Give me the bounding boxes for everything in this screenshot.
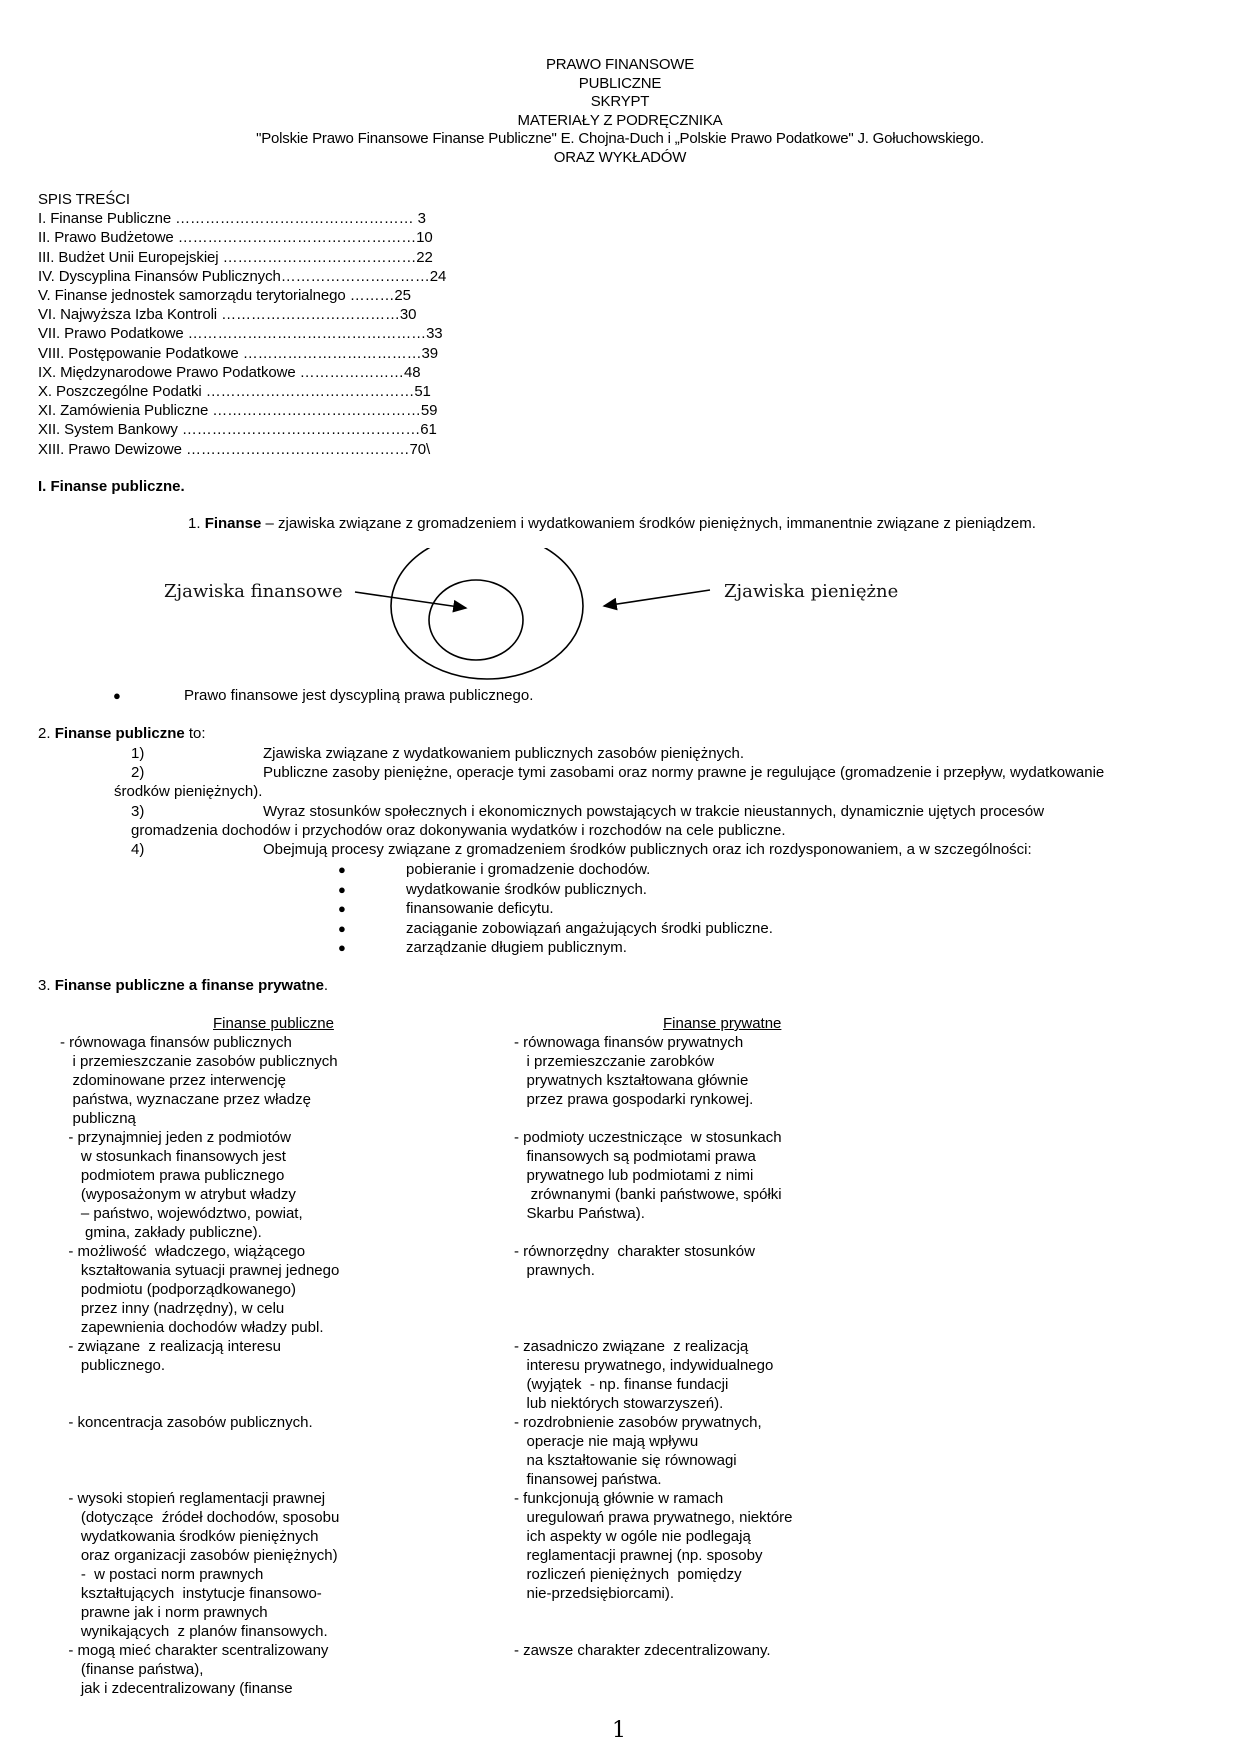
bullet-icon: ● [113, 688, 121, 703]
toc-entry-label: XI. Zamówienia Publiczne [38, 402, 212, 419]
private-finance-line: operacje nie mają wpływu [514, 1432, 793, 1451]
private-finance-line: Skarbu Państwa). [514, 1204, 793, 1223]
public-finance-line: wydatkowania środków pieniężnych [60, 1527, 339, 1546]
toc-entry[interactable]: II. Prawo Budżetowe …………………………………………10 [38, 228, 446, 247]
title-line: PUBLICZNE [0, 75, 1240, 94]
private-finance-line: zrównanymi (banki państwowe, spółki [514, 1185, 793, 1204]
toc-entry-label: X. Poszczególne Podatki [38, 383, 206, 400]
list-item-number: 2) [131, 763, 263, 782]
public-finance-line: gmina, zakłady publiczne). [60, 1223, 339, 1242]
toc-entry-page: 70\ [409, 441, 430, 458]
numbered-list-item: 1)Zjawiska związane z wydatkowaniem publ… [131, 744, 1211, 763]
toc-entry-label: IV. Dyscyplina Finansów Publicznych [38, 268, 281, 285]
bullet-icon: ● [338, 899, 346, 919]
definition-number: 1. [188, 515, 205, 532]
list-item-text: Wyraz stosunków społecznych i ekonomiczn… [263, 803, 1044, 820]
sub-bullet-list: ●pobieranie i gromadzenie dochodów.●wyda… [338, 860, 773, 958]
sub-bullet-text: zarządzanie długiem publicznym. [406, 939, 627, 956]
private-finance-line: rozliczeń pieniężnych pomiędzy [514, 1565, 793, 1584]
toc-entry-leader: ………………………………… [223, 249, 417, 266]
private-finance-line: lub niektórych stowarzyszeń). [514, 1394, 793, 1413]
public-finance-line: - możliwość władczego, wiążącego [60, 1242, 339, 1261]
private-finance-line [514, 1318, 793, 1337]
private-finance-line: - podmioty uczestniczące w stosunkach [514, 1128, 793, 1147]
toc-entry-leader: ………………………………………… [175, 210, 417, 227]
list-item-number: 1) [131, 744, 263, 763]
title-line: SKRYPT [0, 93, 1240, 112]
public-finance-line: przez inny (nadrzędny), w celu [60, 1299, 339, 1318]
numbered-list-item: 4)Obejmują procesy związane z gromadzeni… [131, 840, 1211, 859]
private-finance-line: i przemieszczanie zarobków [514, 1052, 793, 1071]
private-finance-line [514, 1299, 793, 1318]
numbered-list-item: 3)Wyraz stosunków społecznych i ekonomic… [131, 802, 1211, 821]
title-line: ORAZ WYKŁADÓW [0, 149, 1240, 168]
sub-bullet-text: pobieranie i gromadzenie dochodów. [406, 861, 650, 878]
public-finance-line [60, 1470, 339, 1489]
toc-entry-leader: …………………………………… [206, 383, 415, 400]
toc-entry-label: XII. System Bankowy [38, 421, 182, 438]
private-finance-line: interesu prywatnego, indywidualnego [514, 1356, 793, 1375]
toc-entry-leader: ……………………………………… [186, 441, 410, 458]
sub-bullet-text: wydatkowanie środków publicznych. [406, 881, 647, 898]
section2-term: Finanse publiczne [55, 725, 185, 742]
public-finance-line: publiczną [60, 1109, 339, 1128]
numbered-list: 1)Zjawiska związane z wydatkowaniem publ… [131, 744, 1211, 859]
toc-entry-page: 3 [418, 210, 426, 227]
list-item-number: 4) [131, 840, 263, 859]
private-finance-line: - zawsze charakter zdecentralizowany. [514, 1641, 793, 1660]
toc-entry[interactable]: V. Finanse jednostek samorządu terytoria… [38, 286, 446, 305]
public-finance-line: kształtowania sytuacji prawnej jednego [60, 1261, 339, 1280]
private-finance-line: finansowej państwa. [514, 1470, 793, 1489]
toc-entry[interactable]: XIII. Prawo Dewizowe ………………………………………70\ [38, 440, 446, 459]
private-finance-line: - zasadniczo związane z realizacją [514, 1337, 793, 1356]
public-finance-line [60, 1451, 339, 1470]
private-finance-title: Finanse prywatne [514, 1014, 793, 1033]
toc-entry-leader: ………………………………………… [188, 325, 426, 342]
private-finance-line: przez prawa gospodarki rynkowej. [514, 1090, 793, 1109]
private-finance-line: finansowych są podmiotami prawa [514, 1147, 793, 1166]
section3-number: 3. [38, 977, 55, 994]
public-finance-line: publicznego. [60, 1356, 339, 1375]
toc-entry-page: 59 [421, 402, 438, 419]
public-finance-line: - przynajmniej jeden z podmiotów [60, 1128, 339, 1147]
public-finance-line: (finanse państwa), [60, 1660, 339, 1679]
definition-finanse: 1. Finanse – zjawiska związane z gromadz… [188, 514, 1036, 533]
section2-suffix: to: [185, 725, 206, 742]
sub-bullet-item: ●zarządzanie długiem publicznym. [338, 938, 773, 958]
title-line: "Polskie Prawo Finansowe Finanse Publicz… [0, 130, 1240, 149]
private-finance-line: - równorzędny charakter stosunków [514, 1242, 793, 1261]
private-finance-line [514, 1603, 793, 1622]
bullet-icon: ● [338, 860, 346, 880]
private-finance-line: uregulowań prawa prywatnego, niektóre [514, 1508, 793, 1527]
toc-entry[interactable]: XII. System Bankowy …………………………………………61 [38, 420, 446, 439]
toc-entry-leader: ………………………… [281, 268, 430, 285]
toc-entry-label: II. Prawo Budżetowe [38, 229, 178, 246]
list-item-text: Obejmują procesy związane z gromadzeniem… [263, 841, 1032, 858]
toc-entry-leader: ………………… [300, 364, 404, 381]
toc-entry[interactable]: VII. Prawo Podatkowe …………………………………………33 [38, 324, 446, 343]
toc-entry-leader: ……… [350, 287, 395, 304]
toc-entry[interactable]: VI. Najwyższa Izba Kontroli ………………………………… [38, 305, 446, 324]
inner-ellipse [429, 580, 523, 660]
public-finance-title: Finanse publiczne [60, 1014, 339, 1033]
toc-entry-label: VII. Prawo Podatkowe [38, 325, 188, 342]
public-finance-line: w stosunkach finansowych jest [60, 1147, 339, 1166]
private-finance-line: - równowaga finansów prywatnych [514, 1033, 793, 1052]
sub-bullet-text: finansowanie deficytu. [406, 900, 554, 917]
public-finance-line [60, 1432, 339, 1451]
public-finance-line: podmiotu (podporządkowanego) [60, 1280, 339, 1299]
page-number: 1 [612, 1718, 626, 1743]
toc-entry[interactable]: XI. Zamówienia Publiczne ……………………………………5… [38, 401, 446, 420]
public-finance-line: - związane z realizacją interesu [60, 1337, 339, 1356]
public-finance-line: - wysoki stopień reglamentacji prawnej [60, 1489, 339, 1508]
list-item-number: 3) [131, 802, 263, 821]
public-finance-line: (wyposażonym w atrybut władzy [60, 1185, 339, 1204]
title-line: MATERIAŁY Z PODRĘCZNIKA [0, 112, 1240, 131]
toc-entry-label: III. Budżet Unii Europejskiej [38, 249, 223, 266]
section3-term: Finanse publiczne a finanse prywatne [55, 977, 324, 994]
section3-heading: 3. Finanse publiczne a finanse prywatne. [38, 976, 328, 995]
private-finance-line: (wyjątek - np. finanse fundacji [514, 1375, 793, 1394]
list-item-continuation: gromadzenia dochodów i przychodów oraz d… [131, 821, 1211, 840]
private-finance-line: reglamentacji prawnej (np. sposoby [514, 1546, 793, 1565]
bullet-text: Prawo finansowe jest dyscypliną prawa pu… [184, 686, 533, 705]
document-page: PRAWO FINANSOWE PUBLICZNE SKRYPT MATERIA… [0, 0, 1240, 1754]
document-title-block: PRAWO FINANSOWE PUBLICZNE SKRYPT MATERIA… [0, 56, 1240, 167]
bullet-icon: ● [338, 938, 346, 958]
table-of-contents: SPIS TREŚCI I. Finanse Publiczne …………………… [38, 190, 446, 459]
private-finance-line [514, 1280, 793, 1299]
public-finance-line: - równowaga finansów publicznych [60, 1033, 339, 1052]
definition-term: Finanse [205, 515, 262, 532]
public-finance-line: podmiotem prawa publicznego [60, 1166, 339, 1185]
private-finance-line [514, 1109, 793, 1128]
toc-entry-page: 30 [400, 306, 417, 323]
public-finance-line: oraz organizacji zasobów pieniężnych) [60, 1546, 339, 1565]
toc-entry-leader: ……………………………… [243, 345, 422, 362]
sub-bullet-text: zaciąganie zobowiązań angażujących środk… [406, 920, 773, 937]
numbered-list-item: 2)Publiczne zasoby pieniężne, operacje t… [131, 763, 1211, 782]
arrow-right [604, 590, 710, 606]
bullet-icon: ● [338, 919, 346, 939]
venn-diagram: Zjawiska finansowe Zjawiska pieniężne [0, 548, 1240, 688]
toc-entry-page: 61 [420, 421, 437, 438]
private-finance-line [514, 1223, 793, 1242]
private-finance-line: ich aspekty w ogóle nie podlegają [514, 1527, 793, 1546]
toc-entry[interactable]: X. Poszczególne Podatki ……………………………………51 [38, 382, 446, 401]
sub-bullet-item: ●zaciąganie zobowiązań angażujących środ… [338, 919, 773, 939]
section2-number: 2. [38, 725, 55, 742]
section3-suffix: . [324, 977, 328, 994]
toc-entry-label: VI. Najwyższa Izba Kontroli [38, 306, 221, 323]
bullet-icon: ● [338, 880, 346, 900]
private-finance-line: prywatnego lub podmiotami z nimi [514, 1166, 793, 1185]
public-finance-line [60, 1394, 339, 1413]
toc-entry-page: 22 [416, 249, 433, 266]
public-finance-line: (dotyczące źródeł dochodów, sposobu [60, 1508, 339, 1527]
toc-entry-page: 48 [404, 364, 421, 381]
public-finance-line: wynikających z planów finansowych. [60, 1622, 339, 1641]
public-finance-line: kształtujących instytucje finansowo- [60, 1584, 339, 1603]
public-finance-line: – państwo, województwo, powiat, [60, 1204, 339, 1223]
sub-bullet-item: ●finansowanie deficytu. [338, 899, 773, 919]
toc-entry-label: IX. Międzynarodowe Prawo Podatkowe [38, 364, 300, 381]
arrow-left [355, 592, 466, 608]
section-heading: I. Finanse publiczne. [38, 478, 185, 495]
toc-entry-page: 25 [394, 287, 411, 304]
public-finance-line [60, 1375, 339, 1394]
private-finance-line: - funkcjonują głównie w ramach [514, 1489, 793, 1508]
public-finance-line: - w postaci norm prawnych [60, 1565, 339, 1584]
public-finance-line: i przemieszczanie zasobów publicznych [60, 1052, 339, 1071]
toc-entry-leader: …………………………………… [212, 402, 421, 419]
list-item-continuation: środków pieniężnych). [114, 782, 1211, 801]
toc-entry[interactable]: III. Budżet Unii Europejskiej …………………………… [38, 248, 446, 267]
public-finance-line: prawne jak i norm prawnych [60, 1603, 339, 1622]
toc-entry[interactable]: I. Finanse Publiczne ………………………………………… 3 [38, 209, 446, 228]
diagram-shapes [0, 548, 1240, 688]
private-finance-line: prywatnych kształtowana głównie [514, 1071, 793, 1090]
private-finance-line: - rozdrobnienie zasobów prywatnych, [514, 1413, 793, 1432]
toc-entry-leader: ……………………………… [221, 306, 400, 323]
diagram-label-financial: Zjawiska finansowe [164, 581, 343, 602]
public-finance-column: Finanse publiczne - równowaga finansów p… [60, 1014, 339, 1698]
toc-entry-page: 33 [426, 325, 443, 342]
toc-entry[interactable]: IX. Międzynarodowe Prawo Podatkowe ……………… [38, 363, 446, 382]
toc-entry-label: V. Finanse jednostek samorządu terytoria… [38, 287, 350, 304]
title-line: PRAWO FINANSOWE [0, 56, 1240, 75]
public-finance-line: jak i zdecentralizowany (finanse [60, 1679, 339, 1698]
toc-entry-leader: ………………………………………… [178, 229, 416, 246]
toc-entry-page: 39 [422, 345, 439, 362]
toc-entry[interactable]: IV. Dyscyplina Finansów Publicznych……………… [38, 267, 446, 286]
private-finance-line: na kształtowanie się równowagi [514, 1451, 793, 1470]
private-finance-line: nie-przedsiębiorcami). [514, 1584, 793, 1603]
public-finance-line: państwa, wyznaczane przez władzę [60, 1090, 339, 1109]
toc-entry-label: XIII. Prawo Dewizowe [38, 441, 186, 458]
diagram-label-monetary: Zjawiska pieniężne [724, 581, 898, 602]
private-finance-line [514, 1622, 793, 1641]
toc-entry-page: 24 [430, 268, 447, 285]
toc-entry-label: VIII. Postępowanie Podatkowe [38, 345, 243, 362]
toc-entry-page: 10 [416, 229, 433, 246]
sub-bullet-item: ●pobieranie i gromadzenie dochodów. [338, 860, 773, 880]
list-item-text: Zjawiska związane z wydatkowaniem public… [263, 745, 744, 762]
public-finance-line: - koncentracja zasobów publicznych. [60, 1413, 339, 1432]
toc-heading: SPIS TREŚCI [38, 190, 446, 209]
toc-entry-label: I. Finanse Publiczne [38, 210, 175, 227]
private-finance-line: prawnych. [514, 1261, 793, 1280]
public-finance-line: - mogą mieć charakter scentralizowany [60, 1641, 339, 1660]
toc-entry-page: 51 [414, 383, 431, 400]
definition-text: – zjawiska związane z gromadzeniem i wyd… [261, 515, 1036, 532]
list-item-text: Publiczne zasoby pieniężne, operacje tym… [263, 764, 1104, 781]
private-finance-column: Finanse prywatne - równowaga finansów pr… [514, 1014, 793, 1660]
toc-entry-leader: ………………………………………… [182, 421, 420, 438]
public-finance-line: zdominowane przez interwencję [60, 1071, 339, 1090]
sub-bullet-item: ●wydatkowanie środków publicznych. [338, 880, 773, 900]
section2-heading: 2. Finanse publiczne to: [38, 724, 206, 743]
toc-entry[interactable]: VIII. Postępowanie Podatkowe ……………………………… [38, 344, 446, 363]
public-finance-line: zapewnienia dochodów władzy publ. [60, 1318, 339, 1337]
